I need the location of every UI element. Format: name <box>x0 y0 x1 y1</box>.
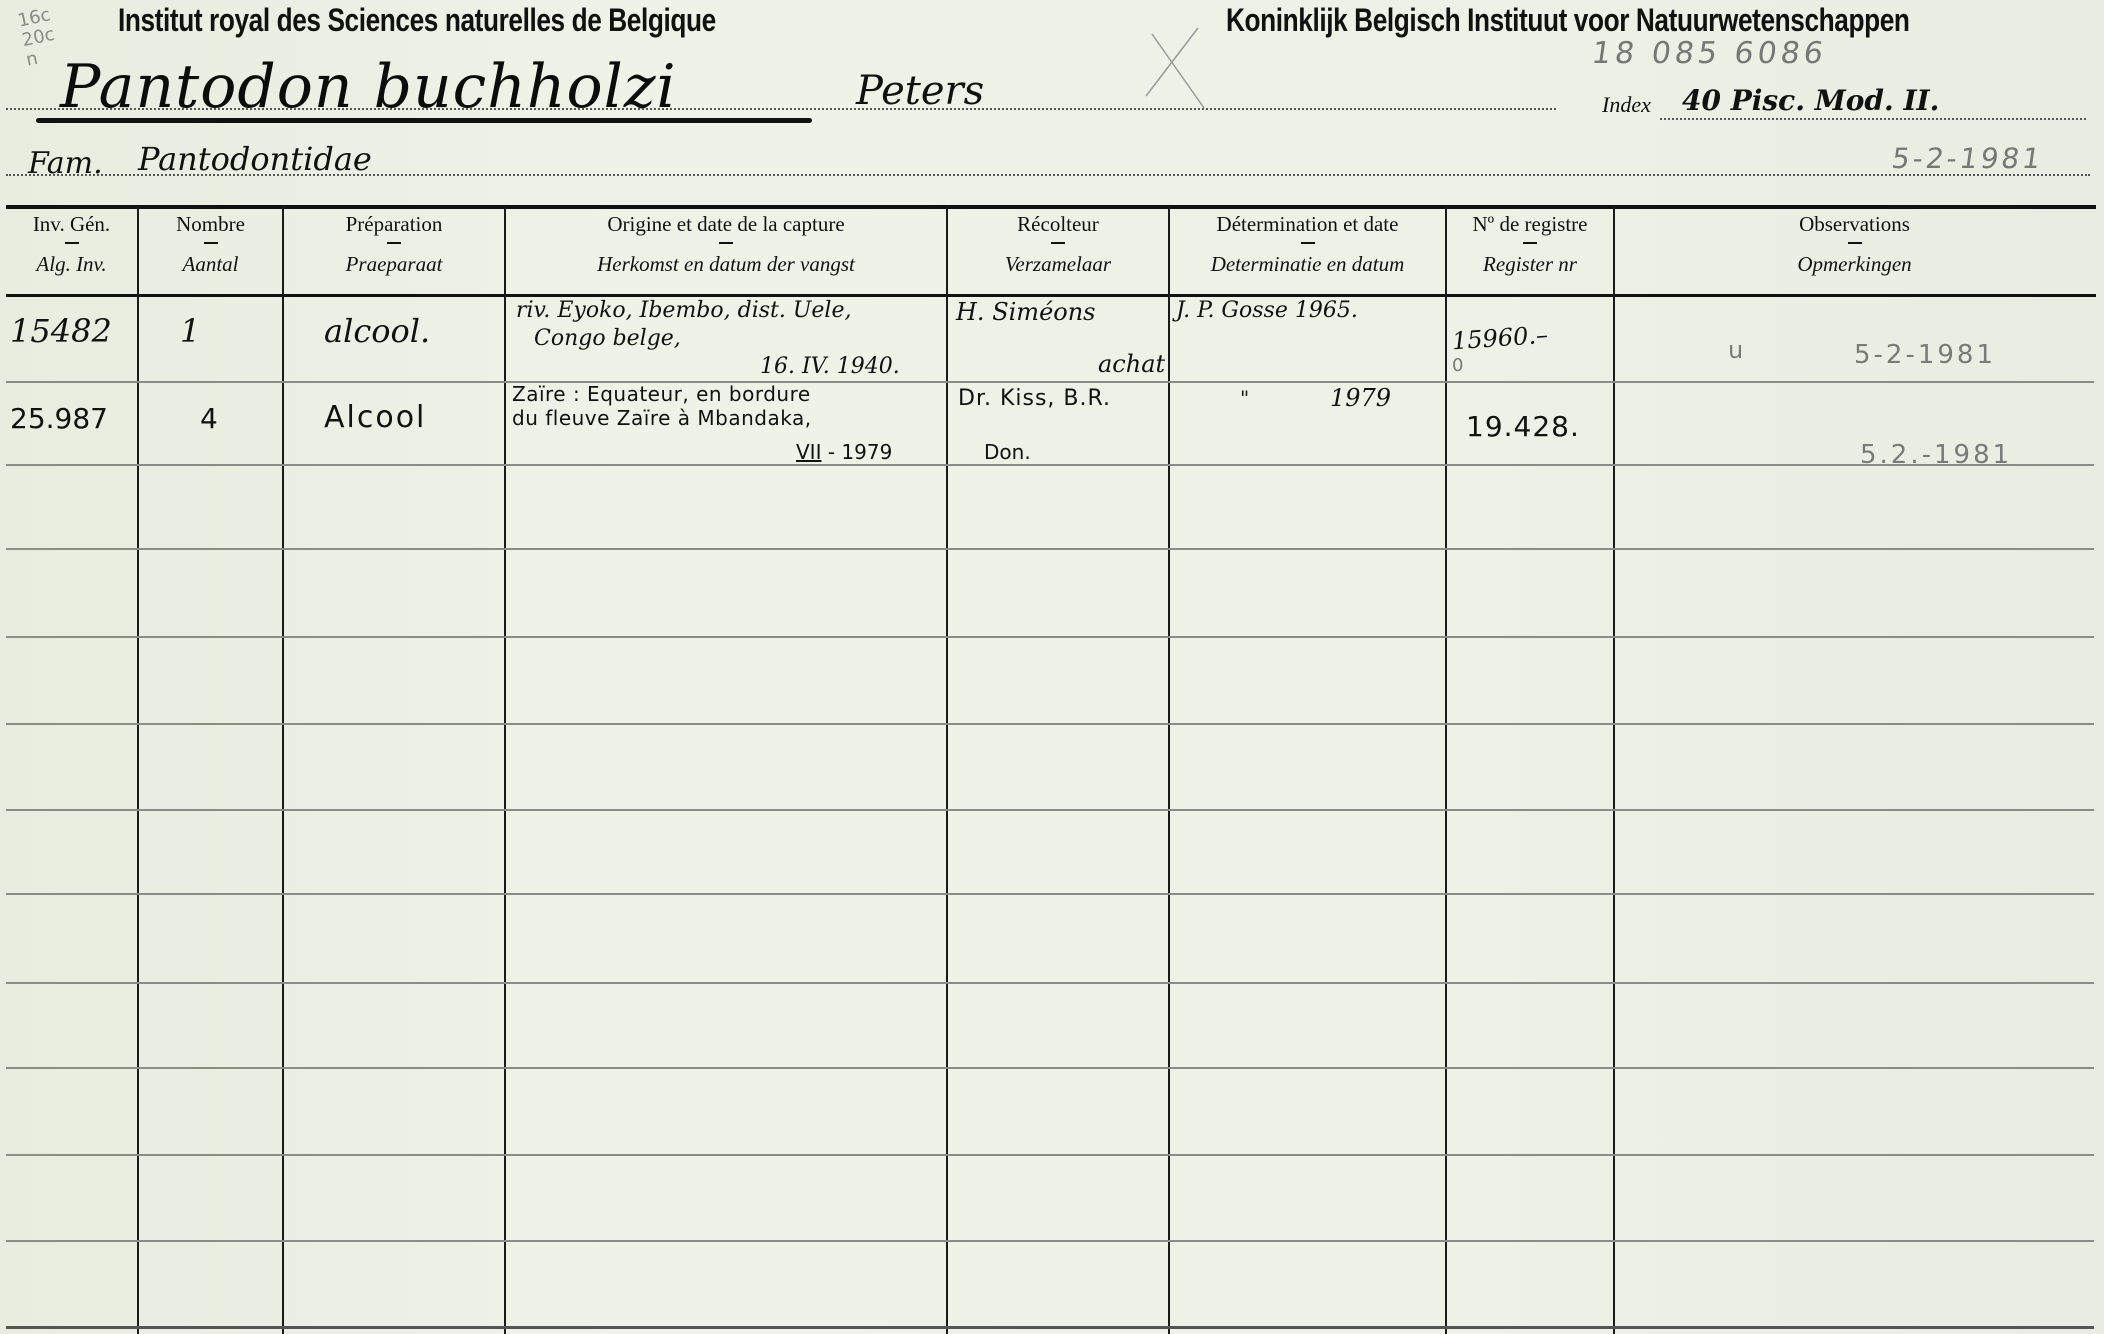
header-fr: Origine et date de la capture <box>506 214 946 240</box>
header-nl: Praeparaat <box>284 254 504 274</box>
header-dash <box>1051 242 1065 244</box>
header-dash <box>1301 242 1315 244</box>
pencil-x-mark-icon <box>1140 26 1210 110</box>
row-rule <box>6 464 2094 466</box>
species-dotted-rule <box>6 108 1556 110</box>
species-underline <box>36 118 812 123</box>
column-divider <box>1168 207 1170 1334</box>
row1-origine-line2: Congo belge, <box>534 326 681 351</box>
row1-inv: 15482 <box>10 312 112 350</box>
row2-nombre: 4 <box>200 402 218 435</box>
row1-origine-date: 16. IV. 1940. <box>760 354 900 379</box>
column-header-registre: Nº de registre Register nr <box>1447 214 1613 274</box>
row2-inv: 25.987 <box>10 402 108 435</box>
row1-origine-line1: riv. Eyoko, Ibembo, dist. Uele, <box>516 298 851 323</box>
specimen-record-card: Institut royal des Sciences naturelles d… <box>0 0 2104 1334</box>
header-fr: Observations <box>1615 214 2094 240</box>
row2-observation-date: 5.2.-1981 <box>1860 440 2012 470</box>
header-fr: Récolteur <box>948 214 1168 240</box>
header-nl: Opmerkingen <box>1615 254 2094 274</box>
header-nl: Aantal <box>139 254 282 274</box>
header-nl: Verzamelaar <box>948 254 1168 274</box>
header-dash <box>719 242 733 244</box>
row2-origine-line1: Zaïre : Equateur, en bordure <box>512 382 811 406</box>
row2-origine-date-year: - 1979 <box>828 440 892 464</box>
row2-recolteur: Dr. Kiss, B.R. <box>958 386 1111 411</box>
row-rule <box>6 636 2094 638</box>
row2-registre: 19.428. <box>1466 410 1580 443</box>
row-rule <box>6 723 2094 725</box>
row2-recolteur-note: Don. <box>984 440 1031 464</box>
bottom-rule <box>6 1326 2094 1329</box>
row1-recolteur-note: achat <box>1098 350 1165 378</box>
header-fr: Inv. Gén. <box>6 214 137 240</box>
header-dash <box>204 242 218 244</box>
column-header-inv: Inv. Gén. Alg. Inv. <box>6 214 137 274</box>
row2-origine-line2: du fleuve Zaïre à Mbandaka, <box>512 406 812 430</box>
column-header-nombre: Nombre Aantal <box>139 214 282 274</box>
row2-origine-date: VII - 1979 <box>796 440 892 464</box>
row-rule <box>6 809 2094 811</box>
row1-recolteur: H. Siméons <box>956 298 1096 326</box>
family-value: Pantodontidae <box>138 140 372 178</box>
column-header-recolteur: Récolteur Verzamelaar <box>948 214 1168 274</box>
family-dotted-rule <box>6 174 2090 176</box>
margin-note-3: n <box>24 44 60 70</box>
row-rule <box>6 381 2094 383</box>
institution-name-nl: Koninklijk Belgisch Instituut voor Natuu… <box>1226 2 1910 39</box>
margin-pencil-notes: 16c 20c n <box>16 5 61 71</box>
column-divider <box>282 207 284 1334</box>
index-label: Index <box>1602 92 1651 118</box>
row1-determination: J. P. Gosse 1965. <box>1176 298 1358 323</box>
column-divider <box>946 207 948 1334</box>
row-rule <box>6 893 2094 895</box>
row1-preparation: alcool. <box>324 312 430 350</box>
row1-observation-date: 5-2-1981 <box>1854 340 1996 370</box>
table-header-rule <box>6 294 2096 297</box>
row-rule <box>6 1154 2094 1156</box>
row2-determination-year: 1979 <box>1330 384 1391 412</box>
column-header-preparation: Préparation Praeparaat <box>284 214 504 274</box>
header-dash <box>1523 242 1537 244</box>
column-header-observations: Observations Opmerkingen <box>1615 214 2094 274</box>
header-nl: Register nr <box>1447 254 1613 274</box>
row2-preparation: Alcool <box>324 400 426 435</box>
column-divider <box>137 207 139 1334</box>
species-name: Pantodon buchholzi <box>60 52 677 122</box>
row1-registre: 15960.– <box>1451 321 1549 356</box>
row2-determination-ditto: " <box>1240 386 1249 410</box>
header-pencil-date: 5-2-1981 <box>1890 142 2046 175</box>
row1-observation-mark: u <box>1728 336 1743 364</box>
header-nl: Alg. Inv. <box>6 254 137 274</box>
column-divider <box>1445 207 1447 1334</box>
header-dash <box>65 242 79 244</box>
row1-registre-mark: 0 <box>1452 355 1463 376</box>
row2-origine-date-month: VII <box>796 440 821 464</box>
column-divider <box>504 207 506 1334</box>
table-top-rule <box>6 205 2096 209</box>
row-rule <box>6 548 2094 550</box>
header-fr: Détermination et date <box>1170 214 1445 240</box>
column-header-origine: Origine et date de la capture Herkomst e… <box>506 214 946 274</box>
header-dash <box>1848 242 1862 244</box>
header-fr: Nombre <box>139 214 282 240</box>
index-value: 40 Pisc. Mod. II. <box>1682 84 1939 117</box>
header-fr: Préparation <box>284 214 504 240</box>
column-divider <box>1613 207 1615 1334</box>
header-dash <box>387 242 401 244</box>
header-nl: Determinatie en datum <box>1170 254 1445 274</box>
index-dotted-rule <box>1660 118 2086 120</box>
header-fr: Nº de registre <box>1447 214 1613 240</box>
row-rule <box>6 982 2094 984</box>
row-rule <box>6 1240 2094 1242</box>
row1-nombre: 1 <box>180 312 200 350</box>
institution-name-fr: Institut royal des Sciences naturelles d… <box>118 2 716 39</box>
register-pencil-number: 18 085 6086 <box>1590 36 1830 71</box>
row-rule <box>6 1067 2094 1069</box>
header-nl: Herkomst en datum der vangst <box>506 254 946 274</box>
column-header-determination: Détermination et date Determinatie en da… <box>1170 214 1445 274</box>
